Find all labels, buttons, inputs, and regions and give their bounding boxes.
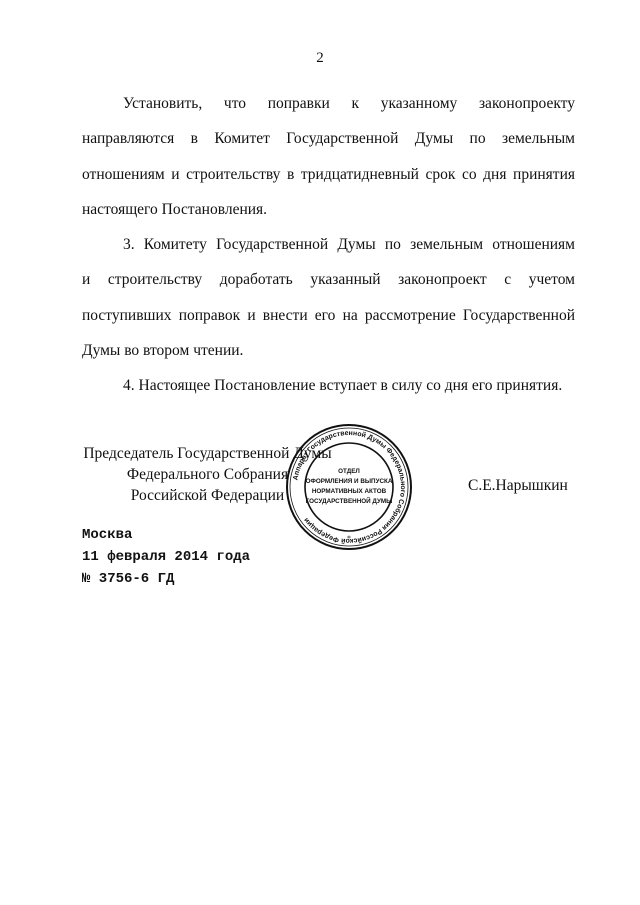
- paragraph-amendments: Установить, что поправки к указанному за…: [82, 86, 575, 227]
- stamp-inner-text: ОТДЕЛ ОФОРМЛЕНИЯ И ВЫПУСКА НОРМАТИВНЫХ А…: [285, 423, 413, 551]
- text-line: 4. Настоящее Постановление вступает в си…: [123, 368, 583, 403]
- paragraph-3: 3. Комитету Государственной Думы по земе…: [82, 227, 575, 368]
- text-line: Думы во втором чтении.: [82, 333, 575, 368]
- text-line: и строительству доработать указанный зак…: [82, 262, 575, 297]
- document-place: Москва: [82, 524, 132, 546]
- text-line: направляются в Комитет Государственной Д…: [82, 121, 575, 156]
- text-line: 3. Комитету Государственной Думы по земе…: [82, 227, 575, 262]
- paragraph-4: 4. Настоящее Постановление вступает в си…: [123, 368, 583, 403]
- document-date: 11 февраля 2014 года: [82, 546, 250, 568]
- text-line: отношениям и строительству в тридцатидне…: [82, 157, 575, 192]
- stamp-line: НОРМАТИВНЫХ АКТОВ: [312, 487, 386, 497]
- text-line: настоящего Постановления.: [82, 192, 575, 227]
- stamp-line: ОФОРМЛЕНИЯ И ВЫПУСКА: [306, 477, 393, 487]
- text-line: поступивших поправок и внести его на рас…: [82, 298, 575, 333]
- signatory-name: С.Е.Нарышкин: [468, 475, 568, 496]
- official-stamp: Аппарат Государственной Думы Федеральног…: [285, 423, 413, 551]
- document-number: № 3756-6 ГД: [82, 568, 174, 590]
- stamp-line: ГОСУДАРСТВЕННОЙ ДУМЫ: [306, 497, 393, 507]
- text-line: Установить, что поправки к указанному за…: [82, 86, 575, 121]
- stamp-line: ОТДЕЛ: [338, 467, 360, 477]
- page-number: 2: [0, 50, 640, 67]
